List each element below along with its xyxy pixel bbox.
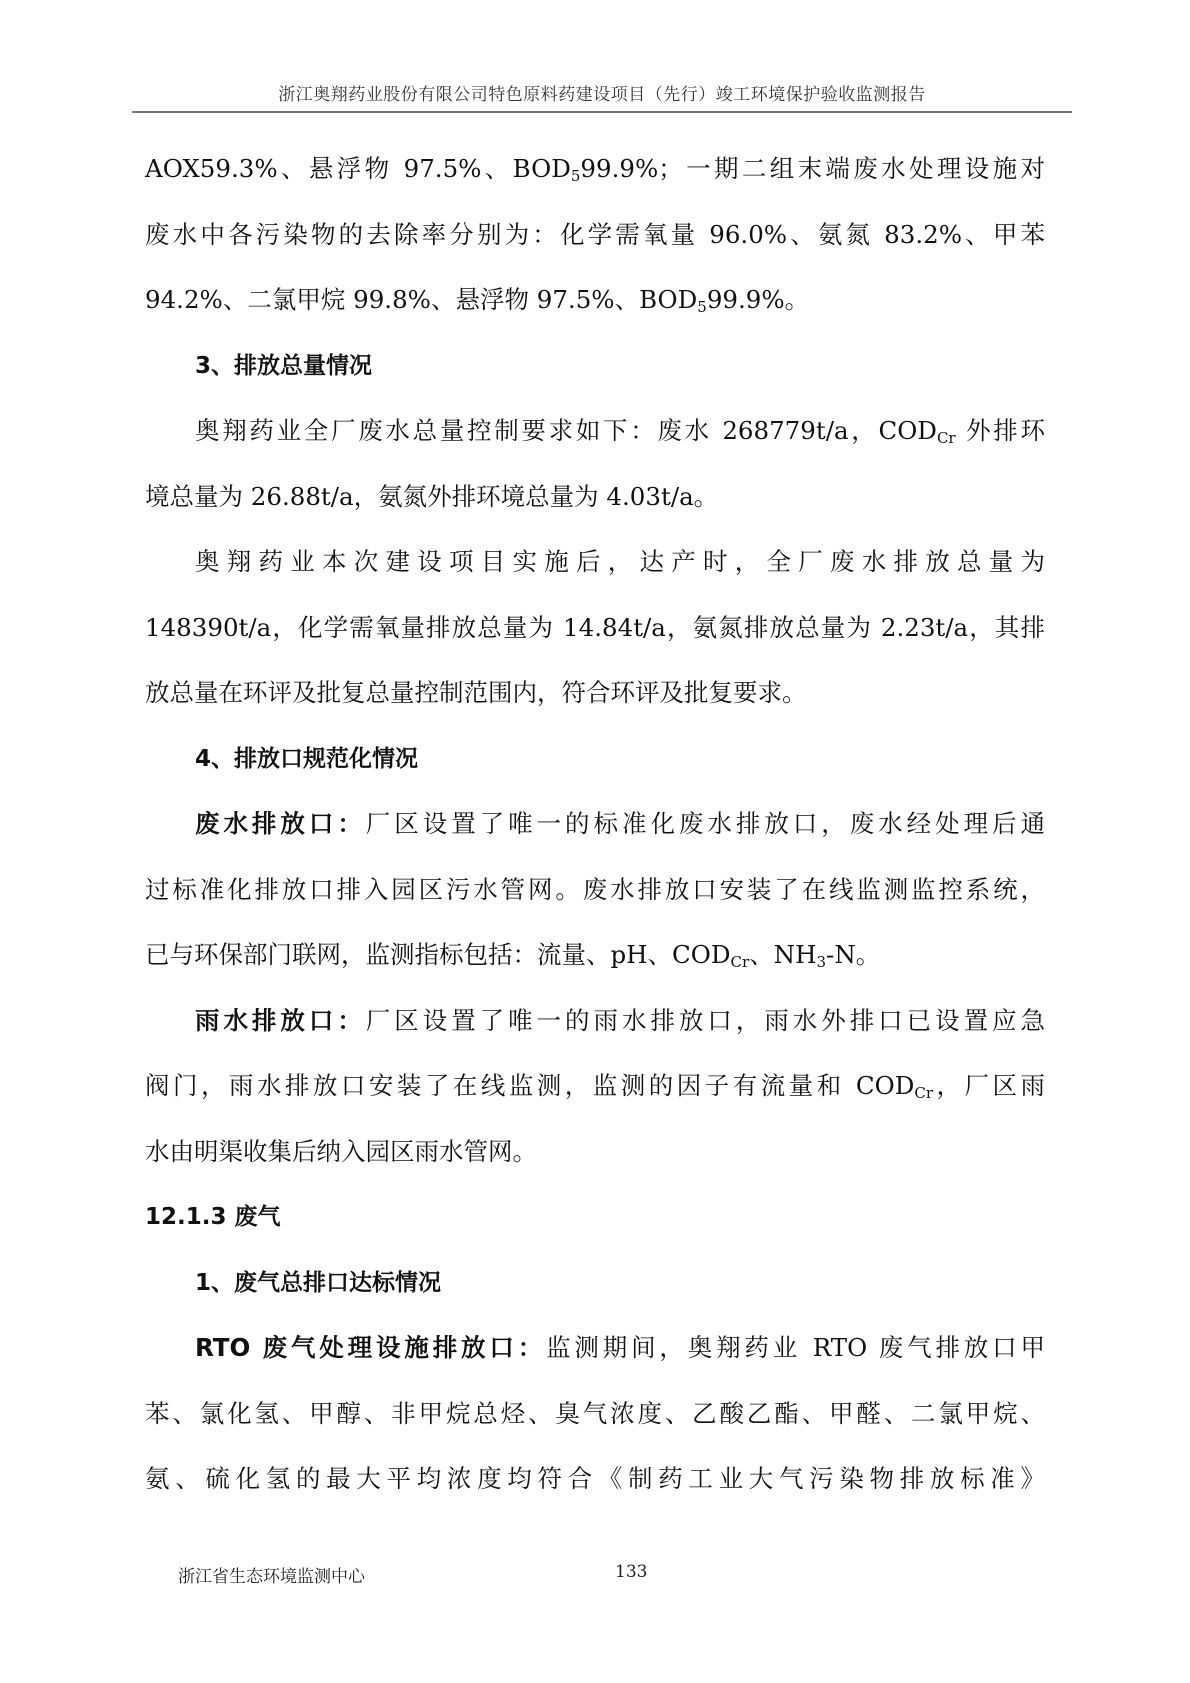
- paragraph-line: 废水排放口：厂区设置了唯一的标准化废水排放口，废水经处理后通: [145, 807, 1045, 841]
- paragraph-line: 境总量为 26.88t/a，氨氮外排环境总量为 4.03t/a。: [145, 480, 1045, 514]
- heading-gas-outlet-compliance: 1、废气总排口达标情况: [145, 1266, 1045, 1300]
- paragraph-line: 94.2%、二氯甲烷 99.8%、悬浮物 97.5%、BOD599.9%。: [145, 283, 1045, 317]
- paragraph-line: 已与环保部门联网，监测指标包括：流量、pH、CODCr、NH3-N。: [145, 938, 1045, 972]
- paragraph-line: RTO 废气处理设施排放口：监测期间，奥翔药业 RTO 废气排放口甲: [145, 1331, 1045, 1365]
- paragraph-line: AOX59.3%、悬浮物 97.5%、BOD599.9%；一期二组末端废水处理设…: [145, 152, 1045, 186]
- paragraph-line: 过标准化排放口排入园区污水管网。废水排放口安装了在线监测监控系统，: [145, 873, 1045, 907]
- paragraph-line: 苯、氯化氢、甲醇、非甲烷总烃、臭气浓度、乙酸乙酯、甲醛、二氯甲烷、: [145, 1397, 1045, 1431]
- report-body: AOX59.3%、悬浮物 97.5%、BOD599.9%；一期二组末端废水处理设…: [145, 152, 1045, 1528]
- heading-outlet-standardization: 4、排放口规范化情况: [145, 742, 1045, 776]
- heading-total-emissions: 3、排放总量情况: [145, 349, 1045, 383]
- paragraph-line: 废水中各污染物的去除率分别为：化学需氧量 96.0%、氨氮 83.2%、甲苯: [145, 218, 1045, 252]
- header-divider: [132, 111, 1072, 113]
- paragraph-line: 奥翔药业全厂废水总量控制要求如下：废水 268779t/a，CODCr 外排环: [145, 414, 1045, 448]
- paragraph-line: 148390t/a，化学需氧量排放总量为 14.84t/a，氨氮排放总量为 2.…: [145, 611, 1045, 645]
- report-header-title: 浙江奥翔药业股份有限公司特色原料药建设项目（先行）竣工环境保护验收监测报告: [132, 80, 1072, 105]
- paragraph-line: 氨、硫化氢的最大平均浓度均符合《制药工业大气污染物排放标准》: [145, 1462, 1045, 1496]
- paragraph-line: 奥翔药业本次建设项目实施后，达产时，全厂废水排放总量为: [145, 545, 1045, 579]
- paragraph-line: 放总量在环评及批复总量控制范围内，符合环评及批复要求。: [145, 676, 1045, 710]
- wastewater-outlet-label: 废水排放口：: [195, 809, 366, 838]
- paragraph-line: 雨水排放口：厂区设置了唯一的雨水排放口，雨水外排口已设置应急: [145, 1004, 1045, 1038]
- rto-outlet-label: RTO 废气处理设施排放口：: [195, 1333, 546, 1362]
- page-number: 133: [615, 1562, 647, 1582]
- paragraph-line: 水由明渠收集后纳入园区雨水管网。: [145, 1135, 1045, 1169]
- section-heading-waste-gas: 12.1.3 废气: [145, 1200, 1045, 1234]
- paragraph-line: 阀门，雨水排放口安装了在线监测，监测的因子有流量和 CODCr，厂区雨: [145, 1069, 1045, 1103]
- rainwater-outlet-label: 雨水排放口：: [195, 1006, 366, 1035]
- footer-organization: 浙江省生态环境监测中心: [178, 1562, 365, 1587]
